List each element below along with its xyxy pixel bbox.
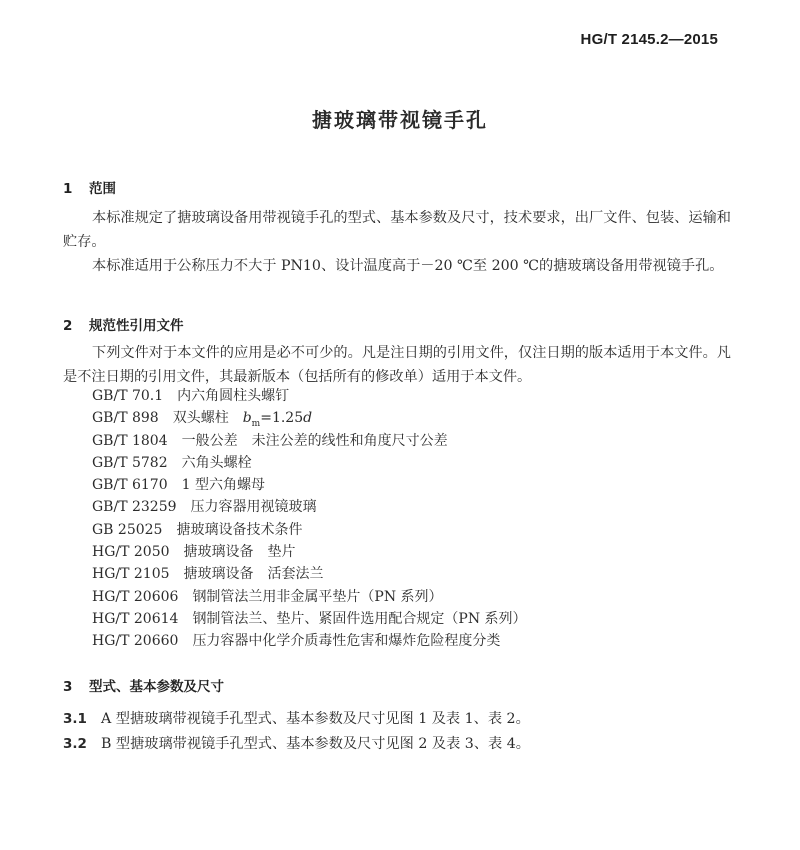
reference-item: GB/T 898双头螺柱bm=1.25d: [92, 407, 527, 429]
section-title: 范围: [89, 181, 116, 197]
section-1-paragraph-1: 本标准规定了搪玻璃设备用带视镜手孔的型式、基本参数及尺寸，技术要求，出厂文件、包…: [63, 206, 731, 254]
formula: bm=1.25d: [243, 410, 312, 426]
section-1-heading: 1范围: [63, 177, 116, 197]
section-3-heading: 3型式、基本参数及尺寸: [63, 675, 224, 695]
reference-item: GB/T 1804一般公差 未注公差的线性和角度尺寸公差: [92, 430, 527, 452]
subsection-3-1: 3.1A 型搪玻璃带视镜手孔型式、基本参数及尺寸见图 1 及表 1、表 2。: [63, 708, 530, 728]
reference-item: HG/T 20614钢制管法兰、垫片、紧固件选用配合规定（PN 系列）: [92, 608, 527, 630]
reference-item: HG/T 20606钢制管法兰用非金属平垫片（PN 系列）: [92, 586, 527, 608]
reference-item: GB/T 61701 型六角螺母: [92, 474, 527, 496]
section-title: 规范性引用文件: [89, 318, 184, 334]
section-2-paragraph-1: 下列文件对于本文件的应用是必不可少的。凡是注日期的引用文件，仅注日期的版本适用于…: [63, 341, 731, 389]
normative-references-list: GB/T 70.1内六角圆柱头螺钉 GB/T 898双头螺柱bm=1.25d G…: [92, 385, 527, 653]
section-1-paragraph-2: 本标准适用于公称压力不大于 PN10、设计温度高于－20 ℃至 200 ℃的搪玻…: [63, 254, 731, 278]
reference-item: HG/T 2050搪玻璃设备 垫片: [92, 541, 527, 563]
standard-code: HG/T 2145.2—2015: [581, 31, 718, 48]
section-number: 3: [63, 679, 89, 695]
reference-item: GB/T 70.1内六角圆柱头螺钉: [92, 385, 527, 407]
reference-item: HG/T 2105搪玻璃设备 活套法兰: [92, 563, 527, 585]
reference-item: HG/T 20660压力容器中化学介质毒性危害和爆炸危险程度分类: [92, 630, 527, 652]
section-title: 型式、基本参数及尺寸: [89, 679, 224, 695]
section-number: 2: [63, 318, 89, 334]
reference-item: GB/T 23259压力容器用视镜玻璃: [92, 496, 527, 518]
section-number: 1: [63, 181, 89, 197]
subsection-3-2: 3.2B 型搪玻璃带视镜手孔型式、基本参数及尺寸见图 2 及表 3、表 4。: [63, 733, 530, 753]
reference-item: GB 25025搪玻璃设备技术条件: [92, 519, 527, 541]
reference-item: GB/T 5782六角头螺栓: [92, 452, 527, 474]
section-2-heading: 2规范性引用文件: [63, 314, 184, 334]
document-title: 搪玻璃带视镜手孔: [0, 104, 800, 133]
